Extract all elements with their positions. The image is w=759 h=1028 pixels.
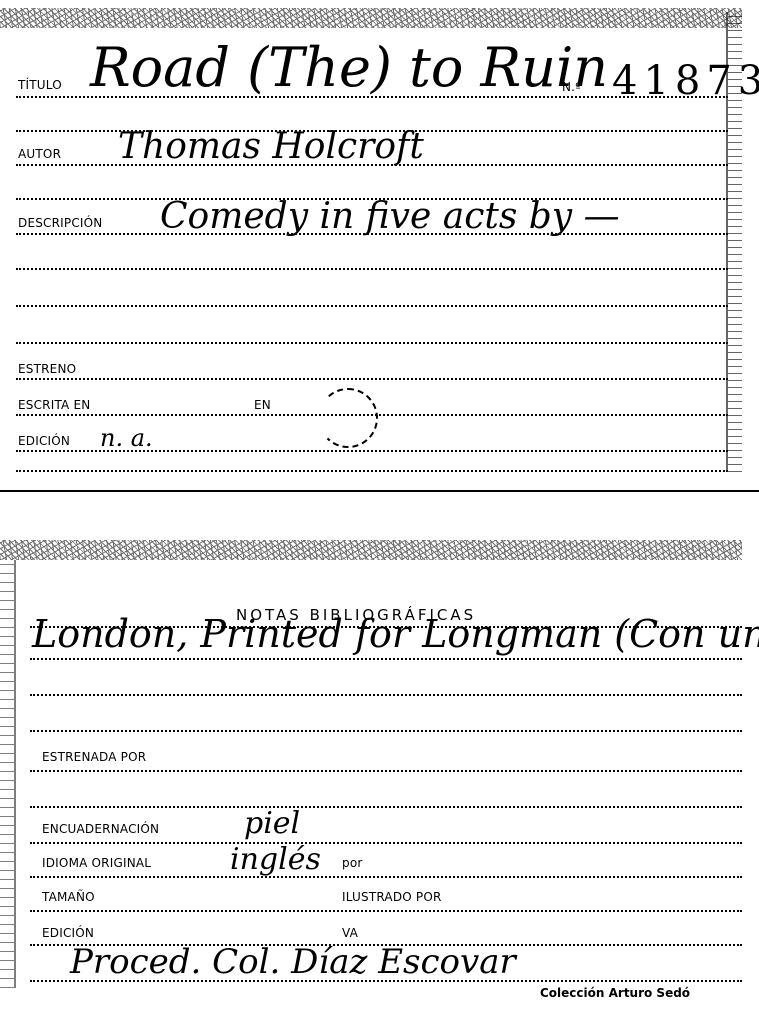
rule-encuadernacion: [30, 842, 742, 844]
rule-desc-2: [16, 268, 728, 270]
catalog-card-back: NOTAS BIBLIOGRÁFICAS London, Printed for…: [0, 540, 742, 1028]
label-idioma-original: IDIOMA ORIGINAL: [42, 856, 151, 870]
value-encuadernacion: piel: [244, 806, 300, 841]
label-encuadernacion: ENCUADERNACIÓN: [42, 822, 159, 836]
rule-tamano: [30, 910, 742, 912]
value-titulo: Road (The) to Ruin: [90, 38, 608, 98]
rule-desc-3: [16, 305, 728, 307]
value-descripcion: Comedy in five acts by —: [160, 196, 620, 237]
rule-estreno: [16, 378, 728, 380]
label-descripcion: DESCRIPCIÓN: [18, 216, 102, 230]
rule-blank-2: [30, 806, 742, 808]
value-autor: Thomas Holcroft: [118, 126, 424, 167]
rule-bottom: [16, 470, 728, 472]
value-notas: London, Printed for Longman (Con un grab…: [32, 612, 759, 656]
label-estreno: ESTRENO: [18, 362, 76, 376]
label-numero: N.º: [562, 80, 581, 94]
value-idioma-original: inglés: [230, 842, 321, 877]
label-edicion: EDICIÓN: [18, 434, 70, 448]
label-escrita-en: ESCRITA EN: [18, 398, 90, 412]
card-top-edge-texture: [0, 540, 742, 560]
punch-hole: [318, 388, 378, 448]
rule-estrenada: [30, 770, 742, 772]
label-por: por: [342, 856, 363, 870]
label-ilustrado-por: ILUSTRADO POR: [342, 890, 442, 904]
value-numero: 41873: [612, 58, 759, 104]
value-procedencia: Proced. Col. Díaz Escovar: [70, 942, 516, 982]
rule-blank: [30, 730, 742, 732]
catalog-card-front: TÍTULO AUTOR DESCRIPCIÓN ESTRENO ESCRITA…: [0, 0, 742, 492]
card-left-edge: [0, 560, 16, 988]
label-titulo: TÍTULO: [18, 78, 62, 92]
rule-notas-2: [30, 658, 742, 660]
label-edicion: EDICIÓN: [42, 926, 94, 940]
card-separator: [0, 490, 759, 492]
collection-credit: Colección Arturo Sedó: [540, 986, 690, 1000]
card-top-edge-texture: [0, 8, 742, 28]
label-autor: AUTOR: [18, 147, 61, 161]
label-estrenada-por: ESTRENADA POR: [42, 750, 146, 764]
value-edicion: n. a.: [100, 424, 153, 452]
label-tamano: TAMAÑO: [42, 890, 95, 904]
label-valor: VA: [342, 926, 358, 940]
rule-idioma: [30, 876, 742, 878]
rule-notas-3: [30, 694, 742, 696]
rule-desc-4: [16, 342, 728, 344]
label-en: EN: [254, 398, 271, 412]
